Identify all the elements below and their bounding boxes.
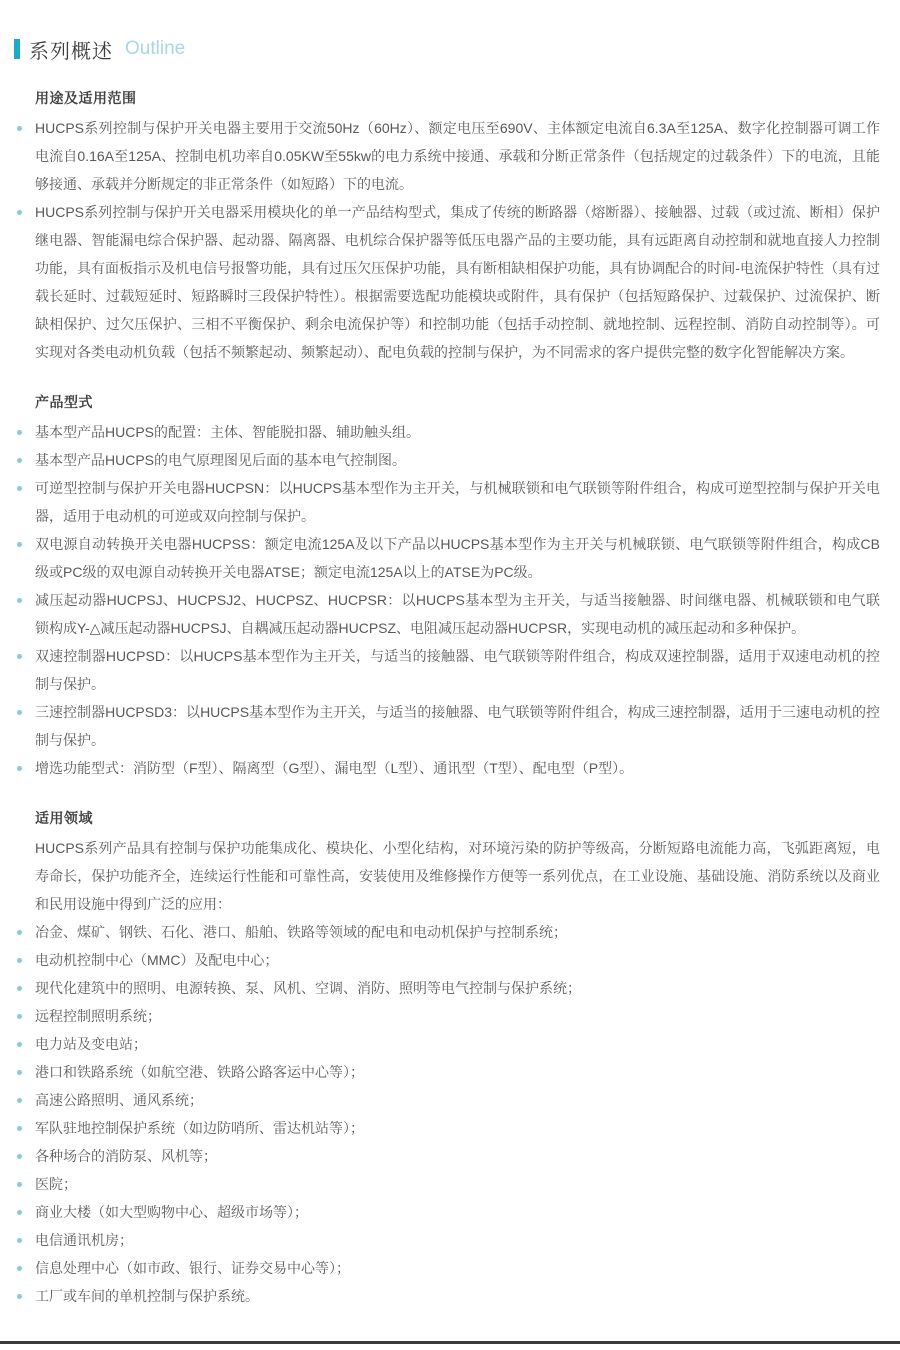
list-item-text: HUCPS系列控制与保护开关电器主要用于交流50Hz（60Hz）、额定电压至69… [35, 120, 880, 192]
list-item-text: 商业大楼（如大型购物中心、超级市场等）； [35, 1204, 308, 1220]
list-item-text: 双电源自动转换开关电器HUCPSS：额定电流125A及以下产品以HUCPS基本型… [35, 536, 880, 580]
bullet-dot-icon [17, 1238, 22, 1243]
bullet-dot-icon [17, 1070, 22, 1075]
page-title: 系列概述 Outline [14, 36, 882, 62]
bullet-dot-icon [17, 1266, 22, 1271]
bullet-dot-icon [17, 1126, 22, 1131]
bullet-dot-icon [17, 654, 22, 659]
list-item: 基本型产品HUCPS的配置：主体、智能脱扣器、辅助触头组。 [14, 418, 880, 446]
bullet-dot-icon [17, 1154, 22, 1159]
list-item: 信息处理中心（如市政、银行、证券交易中心等）； [14, 1254, 880, 1282]
list-item-text: 军队驻地控制保护系统（如边防哨所、雷达机站等）； [35, 1120, 364, 1136]
bullet-dot-icon [17, 1042, 22, 1047]
bullet-dot-icon [17, 126, 22, 131]
list-item: 工厂或车间的单机控制与保护系统。 [14, 1282, 880, 1310]
list-item: 医院； [14, 1170, 880, 1198]
list-item: 增选功能型式：消防型（F型）、隔离型（G型）、漏电型（L型）、通讯型（T型）、配… [14, 754, 880, 782]
list-item-text: 港口和铁路系统（如航空港、铁路公路客运中心等）； [35, 1064, 364, 1080]
list-item-text: 工厂或车间的单机控制与保护系统。 [35, 1288, 259, 1304]
list-item: 商业大楼（如大型购物中心、超级市场等）； [14, 1198, 880, 1226]
list-item-text: 基本型产品HUCPS的电气原理图见后面的基本电气控制图。 [35, 452, 406, 468]
list-item-text: 双速控制器HUCPSD：以HUCPS基本型作为主开关，与适当的接触器、电气联锁等… [35, 648, 880, 692]
bullet-dot-icon [17, 210, 22, 215]
heading-usage-scope: 用途及适用范围 [35, 88, 882, 108]
heading-application-fields: 适用领域 [35, 808, 882, 828]
list-item: 三速控制器HUCPSD3：以HUCPS基本型作为主开关，与适当的接触器、电气联锁… [14, 698, 880, 754]
bullet-dot-icon [17, 430, 22, 435]
list-item-text: HUCPS系列控制与保护开关电器采用模块化的单一产品结构型式，集成了传统的断路器… [35, 204, 880, 360]
bullet-dot-icon [17, 986, 22, 991]
application-fields-intro: HUCPS系列产品具有控制与保护功能集成化、模块化、小型化结构，对环境污染的防护… [35, 834, 880, 918]
bullet-dot-icon [17, 1098, 22, 1103]
bullet-dot-icon [17, 1014, 22, 1019]
list-item: 现代化建筑中的照明、电源转换、泵、风机、空调、消防、照明等电气控制与保护系统； [14, 974, 880, 1002]
bullet-dot-icon [17, 598, 22, 603]
list-item: 双电源自动转换开关电器HUCPSS：额定电流125A及以下产品以HUCPS基本型… [14, 530, 880, 586]
list-item-text: 可逆型控制与保护开关电器HUCPSN：以HUCPS基本型作为主开关，与机械联锁和… [35, 480, 880, 524]
list-item-text: 增选功能型式：消防型（F型）、隔离型（G型）、漏电型（L型）、通讯型（T型）、配… [35, 760, 633, 776]
list-item: 基本型产品HUCPS的电气原理图见后面的基本电气控制图。 [14, 446, 880, 474]
list-item: 冶金、煤矿、钢铁、石化、港口、船舶、铁路等领域的配电和电动机保护与控制系统； [14, 918, 880, 946]
list-item: HUCPS系列控制与保护开关电器主要用于交流50Hz（60Hz）、额定电压至69… [14, 114, 880, 198]
list-item-text: 减压起动器HUCPSJ、HUCPSJ2、HUCPSZ、HUCPSR：以HUCPS… [35, 592, 880, 636]
list-item-text: 电信通讯机房； [35, 1232, 133, 1248]
list-item-text: 信息处理中心（如市政、银行、证券交易中心等）； [35, 1260, 350, 1276]
bullet-dot-icon [17, 930, 22, 935]
list-item: 高速公路照明、通风系统； [14, 1086, 880, 1114]
bullet-dot-icon [17, 710, 22, 715]
list-item-text: 电动机控制中心（MMC）及配电中心； [35, 952, 278, 968]
list-item-text: 各种场合的消防泵、风机等； [35, 1148, 217, 1164]
list-item-text: 远程控制照明系统； [35, 1008, 161, 1024]
list-item: 电力站及变电站； [14, 1030, 880, 1058]
list-item-text: 基本型产品HUCPS的配置：主体、智能脱扣器、辅助触头组。 [35, 424, 420, 440]
list-item-text: 现代化建筑中的照明、电源转换、泵、风机、空调、消防、照明等电气控制与保护系统； [35, 980, 581, 996]
list-item-text: 医院； [35, 1176, 77, 1192]
bullet-dot-icon [17, 958, 22, 963]
product-types-list: 基本型产品HUCPS的配置：主体、智能脱扣器、辅助触头组。 基本型产品HUCPS… [14, 418, 880, 782]
list-item: 减压起动器HUCPSJ、HUCPSJ2、HUCPSZ、HUCPSR：以HUCPS… [14, 586, 880, 642]
bullet-dot-icon [17, 486, 22, 491]
usage-scope-list: HUCPS系列控制与保护开关电器主要用于交流50Hz（60Hz）、额定电压至69… [14, 114, 880, 366]
list-item: 各种场合的消防泵、风机等； [14, 1142, 880, 1170]
list-item: 双速控制器HUCPSD：以HUCPS基本型作为主开关，与适当的接触器、电气联锁等… [14, 642, 880, 698]
list-item: 远程控制照明系统； [14, 1002, 880, 1030]
bullet-dot-icon [17, 1182, 22, 1187]
list-item: 港口和铁路系统（如航空港、铁路公路客运中心等）； [14, 1058, 880, 1086]
bullet-dot-icon [17, 1210, 22, 1215]
list-item: 电动机控制中心（MMC）及配电中心； [14, 946, 880, 974]
list-item: HUCPS系列控制与保护开关电器采用模块化的单一产品结构型式，集成了传统的断路器… [14, 198, 880, 366]
bullet-dot-icon [17, 542, 22, 547]
list-item-text: 三速控制器HUCPSD3：以HUCPS基本型作为主开关，与适当的接触器、电气联锁… [35, 704, 880, 748]
bullet-dot-icon [17, 1294, 22, 1299]
list-item-text: 冶金、煤矿、钢铁、石化、港口、船舶、铁路等领域的配电和电动机保护与控制系统； [35, 924, 567, 940]
heading-product-types: 产品型式 [35, 392, 882, 412]
bullet-dot-icon [17, 766, 22, 771]
bottom-divider [0, 1341, 900, 1344]
list-item-text: 高速公路照明、通风系统； [35, 1092, 203, 1108]
page-title-en: Outline [125, 38, 185, 60]
list-item: 电信通讯机房； [14, 1226, 880, 1254]
page-title-zh: 系列概述 [29, 35, 113, 64]
bullet-dot-icon [17, 458, 22, 463]
document-page: 系列概述 Outline 用途及适用范围 HUCPS系列控制与保护开关电器主要用… [0, 0, 900, 1310]
list-item: 可逆型控制与保护开关电器HUCPSN：以HUCPS基本型作为主开关，与机械联锁和… [14, 474, 880, 530]
list-item-text: 电力站及变电站； [35, 1036, 147, 1052]
application-fields-list: 冶金、煤矿、钢铁、石化、港口、船舶、铁路等领域的配电和电动机保护与控制系统； 电… [14, 918, 880, 1310]
accent-bar-icon [14, 39, 20, 59]
list-item: 军队驻地控制保护系统（如边防哨所、雷达机站等）； [14, 1114, 880, 1142]
